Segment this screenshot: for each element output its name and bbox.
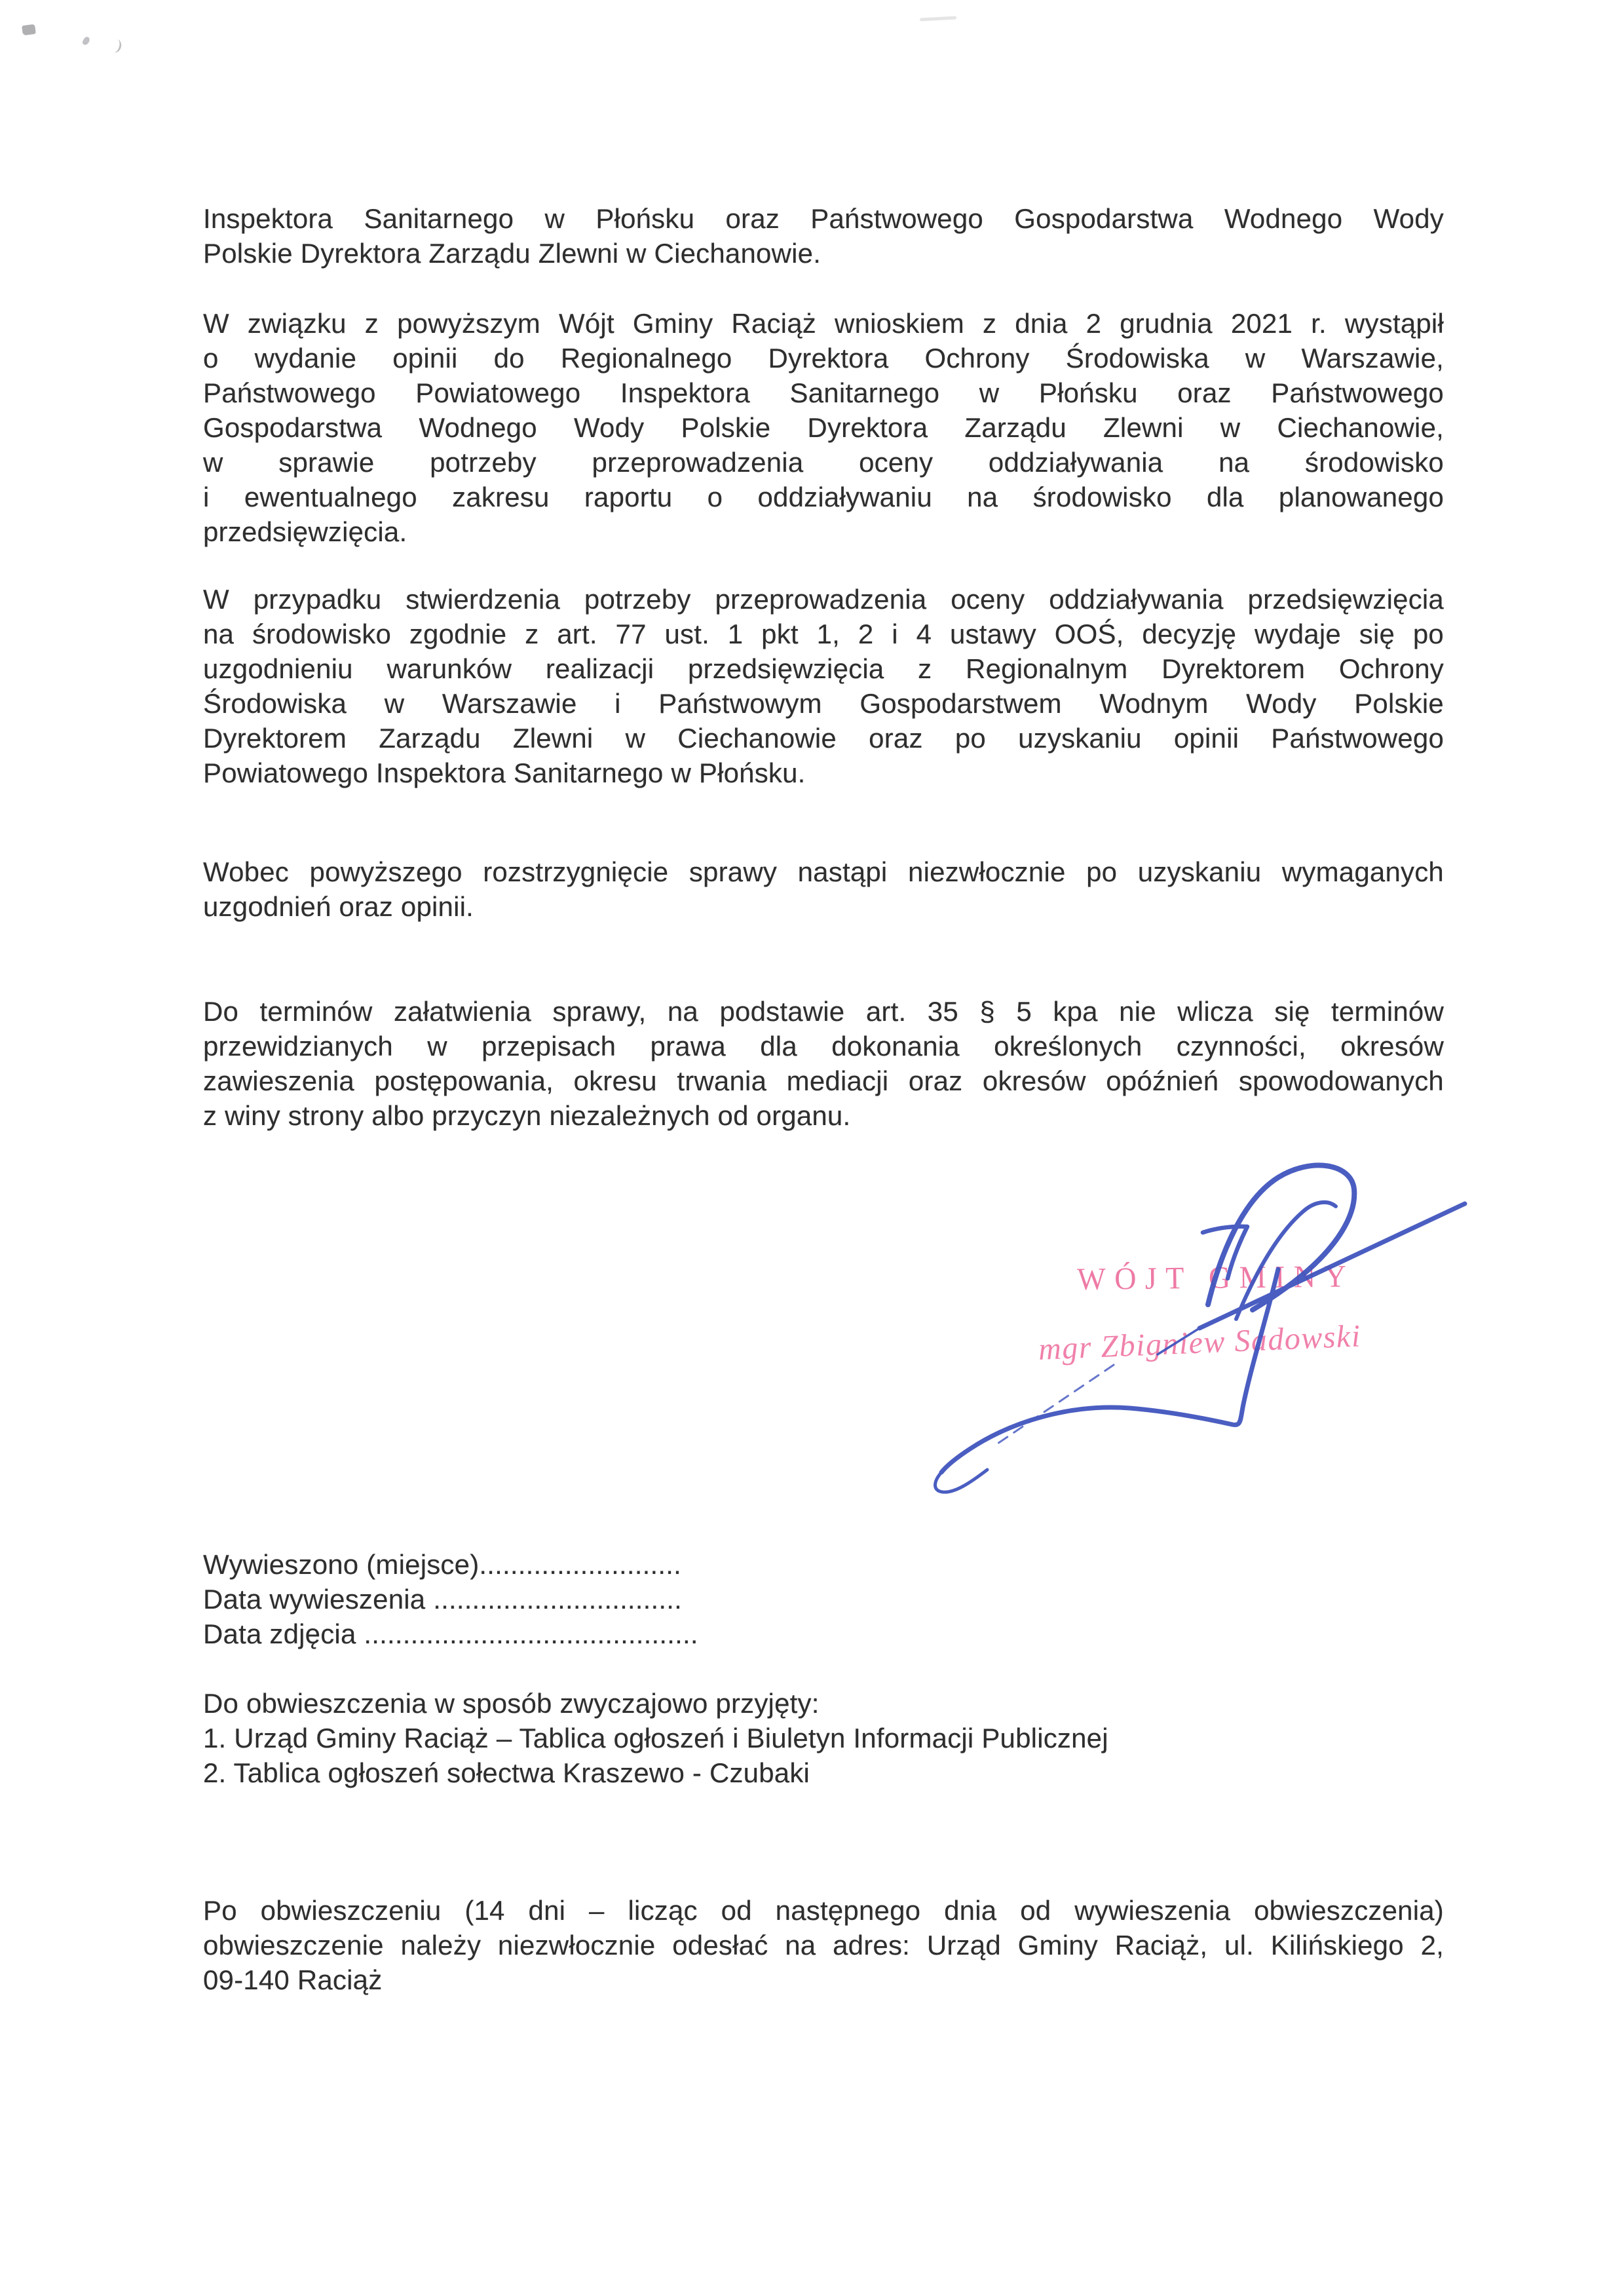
paragraph-deadlines-note: Do terminów załatwienia sprawy, na podst… bbox=[203, 994, 1444, 1133]
text-line: Wywieszono (miejsce)....................… bbox=[203, 1547, 1444, 1582]
text-line: Wobec powyższego rozstrzygnięcie sprawy … bbox=[203, 854, 1444, 889]
text-line: Powiatowego Inspektora Sanitarnego w Pło… bbox=[203, 756, 1444, 790]
paragraph-resolution-note: Wobec powyższego rozstrzygnięcie sprawy … bbox=[203, 854, 1444, 924]
text-line: Do obwieszczenia w sposób zwyczajowo prz… bbox=[203, 1686, 1444, 1721]
text-line: o wydanie opinii do Regionalnego Dyrekto… bbox=[203, 341, 1444, 375]
customary-notice-block: Do obwieszczenia w sposób zwyczajowo prz… bbox=[203, 1686, 1444, 1790]
text-line: Państwowego Powiatowego Inspektora Sanit… bbox=[203, 375, 1444, 410]
text-line: 1. Urząd Gminy Raciąż – Tablica ogłoszeń… bbox=[203, 1721, 1444, 1755]
text-line: Dyrektorem Zarządu Zlewni w Ciechanowie … bbox=[203, 721, 1444, 756]
text-line: uzgodnień oraz opinii. bbox=[203, 889, 1444, 924]
text-line: 09-140 Raciąż bbox=[203, 1962, 1444, 1997]
scan-artifact bbox=[22, 24, 36, 36]
text-line: Środowiska w Warszawie i Państwowym Gosp… bbox=[203, 686, 1444, 721]
scan-artifact bbox=[81, 36, 90, 47]
text-line: Data zdjęcia ...........................… bbox=[203, 1617, 1444, 1651]
text-line: w sprawie potrzeby przeprowadzenia oceny… bbox=[203, 445, 1444, 480]
paragraph-assessment-conditions: W przypadku stwierdzenia potrzeby przepr… bbox=[203, 582, 1444, 790]
text-line: przedsięwzięcia. bbox=[203, 514, 1444, 549]
text-line: uzgodnieniu warunków realizacji przedsię… bbox=[203, 651, 1444, 686]
text-line: obwieszczenie należy niezwłocznie odesła… bbox=[203, 1928, 1444, 1962]
text-line: 2. Tablica ogłoszeń sołectwa Kraszewo - … bbox=[203, 1755, 1444, 1790]
posting-dates-block: Wywieszono (miejsce)....................… bbox=[203, 1547, 1444, 1651]
text-line: Do terminów załatwienia sprawy, na podst… bbox=[203, 994, 1444, 1029]
text-line: na środowisko zgodnie z art. 77 ust. 1 p… bbox=[203, 617, 1444, 651]
text-line: Polskie Dyrektora Zarządu Zlewni w Ciech… bbox=[203, 236, 1444, 271]
text-line: z winy strony albo przyczyn niezależnych… bbox=[203, 1098, 1444, 1133]
handwritten-signature-ink bbox=[914, 1157, 1490, 1523]
scan-artifact bbox=[920, 16, 956, 22]
text-line: Po obwieszczeniu (14 dni – licząc od nas… bbox=[203, 1893, 1444, 1928]
text-line: W związku z powyższym Wójt Gminy Raciąż … bbox=[203, 306, 1444, 341]
text-line: Inspektora Sanitarnego w Płońsku oraz Pa… bbox=[203, 201, 1444, 236]
text-line: zawieszenia postępowania, okresu trwania… bbox=[203, 1063, 1444, 1098]
text-line: i ewentualnego zakresu raportu o oddział… bbox=[203, 480, 1444, 514]
scan-artifact bbox=[111, 39, 123, 54]
text-line: Data wywieszenia .......................… bbox=[203, 1582, 1444, 1617]
closing-return-note: Po obwieszczeniu (14 dni – licząc od nas… bbox=[203, 1893, 1444, 1997]
text-line: przewidzianych w przepisach prawa dla do… bbox=[203, 1029, 1444, 1063]
paragraph-carryover: Inspektora Sanitarnego w Płońsku oraz Pa… bbox=[203, 201, 1444, 271]
text-line: Gospodarstwa Wodnego Wody Polskie Dyrekt… bbox=[203, 410, 1444, 445]
paragraph-request-for-opinions: W związku z powyższym Wójt Gminy Raciąż … bbox=[203, 306, 1444, 549]
scanned-document-page: Inspektora Sanitarnego w Płońsku oraz Pa… bbox=[0, 0, 1624, 2296]
text-line: W przypadku stwierdzenia potrzeby przepr… bbox=[203, 582, 1444, 617]
